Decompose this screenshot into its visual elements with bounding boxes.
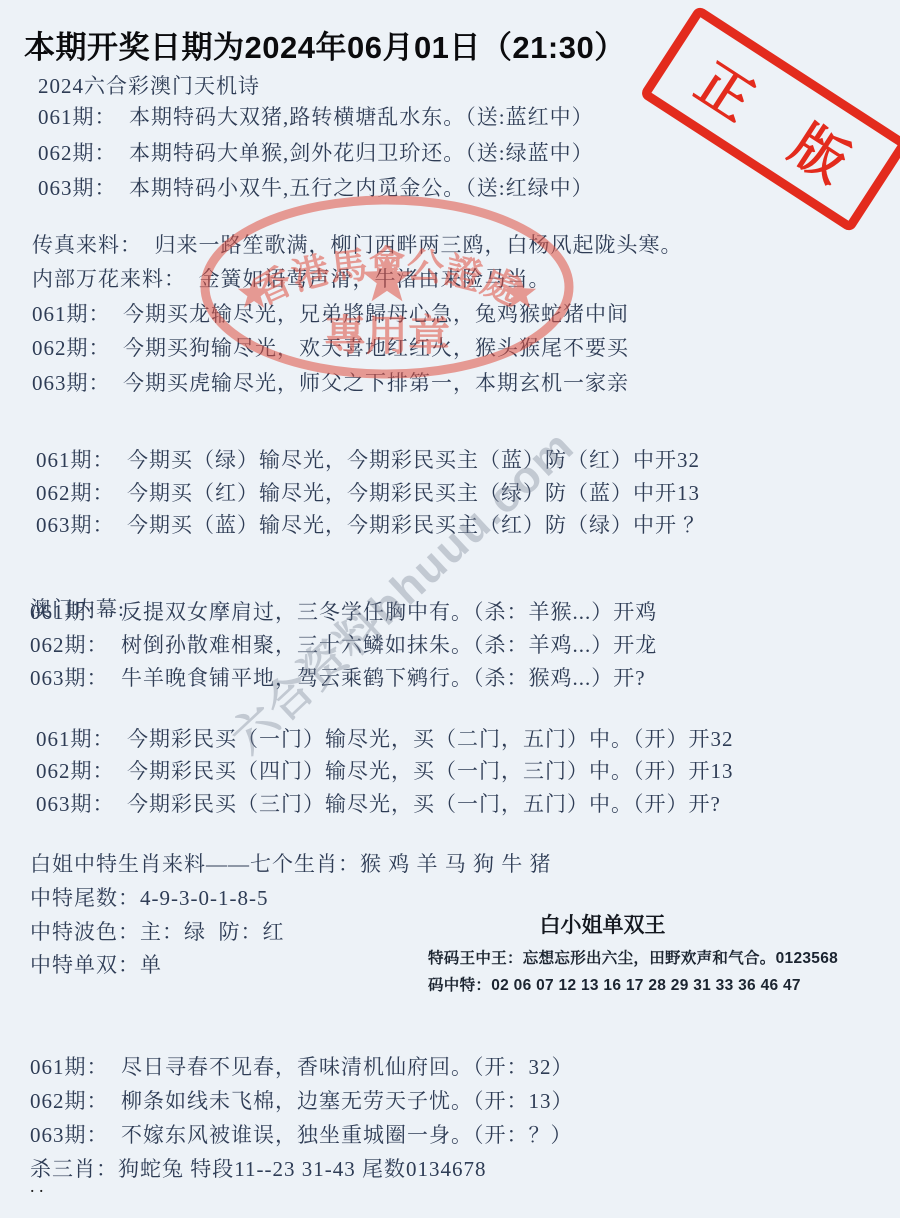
- color-buy-section: 061期： 今期买（绿）输尽光，今期彩民买主（蓝）防（红）中开32 062期： …: [36, 444, 705, 542]
- text-line: 062期： 今期彩民买（四门）输尽光，买（一门，三门）中。（开）开13: [36, 755, 734, 787]
- genuine-stamp: 正 版: [639, 5, 900, 233]
- baixiaojie-line: 码中特：02 06 07 12 13 16 17 28 29 31 33 36 …: [428, 973, 898, 995]
- gates-section: 061期： 今期彩民买（一门）输尽光，买（二门，五门）中。（开）开32 062期…: [36, 723, 734, 820]
- baixiaojie-title: 白小姐单双王: [505, 909, 700, 939]
- text-line: 传真来料： 归来一路笙歌满，柳门西畔两三鸥，白杨风起陇头寒。: [32, 228, 683, 262]
- text-line: 063期： 不嫁东风被谁误，独坐重城圈一身。（开：？）: [30, 1118, 574, 1152]
- text-line: 061期： 反提双女摩肩过，三冬学任胸中有。（杀：羊猴...）开鸡: [30, 596, 657, 629]
- text-line: 062期： 树倒孙散难相聚，三十六鳞如抹朱。（杀：羊鸡...）开龙: [30, 629, 657, 662]
- macau-section: 061期： 反提双女摩肩过，三冬学任胸中有。（杀：羊猴...）开鸡 062期： …: [30, 596, 657, 695]
- text-line: 063期： 今期彩民买（三门）输尽光，买（一门，五门）中。（开）开?: [36, 788, 734, 820]
- tianji-section: 061期： 本期特码大双猪,路转横塘乱水东。（送:蓝红中） 062期： 本期特码…: [38, 100, 594, 207]
- text-line: 063期： 牛羊晚食铺平地，驾云乘鹤下鹓行。（杀：猴鸡...）开?: [30, 662, 657, 695]
- text-line: 杀三肖：狗蛇兔 特段11--23 31-43 尾数0134678: [30, 1152, 574, 1186]
- text-line: 中特波色：主：绿 防：红: [30, 916, 552, 950]
- text-line: 061期： 今期买龙输尽光，兄弟將歸母心急，兔鸡猴蛇猪中间: [32, 297, 683, 331]
- page-title: 本期开奖日期为2024年06月01日（21:30）: [24, 22, 626, 67]
- genuine-stamp-text: 正 版: [665, 29, 884, 209]
- text-line: 063期： 本期特码小双牛,五行之内觅金公。（送:红绿中）: [38, 171, 594, 207]
- text-line: 061期： 今期彩民买（一门）输尽光，买（二门，五门）中。（开）开32: [36, 723, 734, 755]
- text-line: 062期： 柳条如线未飞棉，边塞无劳天子忧。（开：13）: [30, 1084, 574, 1118]
- text-line: 内部万花来料： 金簧如语莺声滑，牛渚由来险马当。: [32, 262, 683, 296]
- text-line: 063期： 今期买虎输尽光，师父之下排第一，本期玄机一家亲: [32, 366, 683, 400]
- baixiaojie-line: 特码王中王：忘想忘形出六尘，田野欢声和气合。0123568: [428, 946, 898, 968]
- text-line: 白姐中特生肖来料——七个生肖：猴 鸡 羊 马 狗 牛 猪: [30, 848, 552, 882]
- final-section: 061期： 尽日寻春不见春，香味清机仙府回。（开：32） 062期： 柳条如线未…: [30, 1050, 574, 1186]
- fax-section: 传真来料： 归来一路笙歌满，柳门西畔两三鸥，白杨风起陇头寒。 内部万花来料： 金…: [32, 228, 683, 400]
- text-line: 中特尾数：4-9-3-0-1-8-5: [30, 882, 552, 916]
- footer-dots: . .: [30, 1176, 44, 1197]
- text-line: 061期： 今期买（绿）输尽光，今期彩民买主（蓝）防（红）中开32: [36, 444, 705, 477]
- text-line: 062期： 今期买狗输尽光，欢天喜地红红火，猴头猴尾不要买: [32, 331, 683, 365]
- fax-sheet-page: 本期开奖日期为2024年06月01日（21:30） 香港馬會公證處 專用章 六合…: [0, 0, 900, 1218]
- text-line: 061期： 本期特码大双猪,路转横塘乱水东。（送:蓝红中）: [38, 100, 594, 136]
- text-line: 062期： 本期特码大单猴,剑外花归卫玠还。（送:绿蓝中）: [38, 136, 594, 172]
- text-line: 061期： 尽日寻春不见春，香味清机仙府回。（开：32）: [30, 1050, 574, 1084]
- text-line: 063期： 今期买（蓝）输尽光，今期彩民买主（红）防（绿）中开 ？: [36, 509, 705, 542]
- text-line: 062期： 今期买（红）输尽光，今期彩民买主（绿）防（蓝）中开13: [36, 477, 705, 510]
